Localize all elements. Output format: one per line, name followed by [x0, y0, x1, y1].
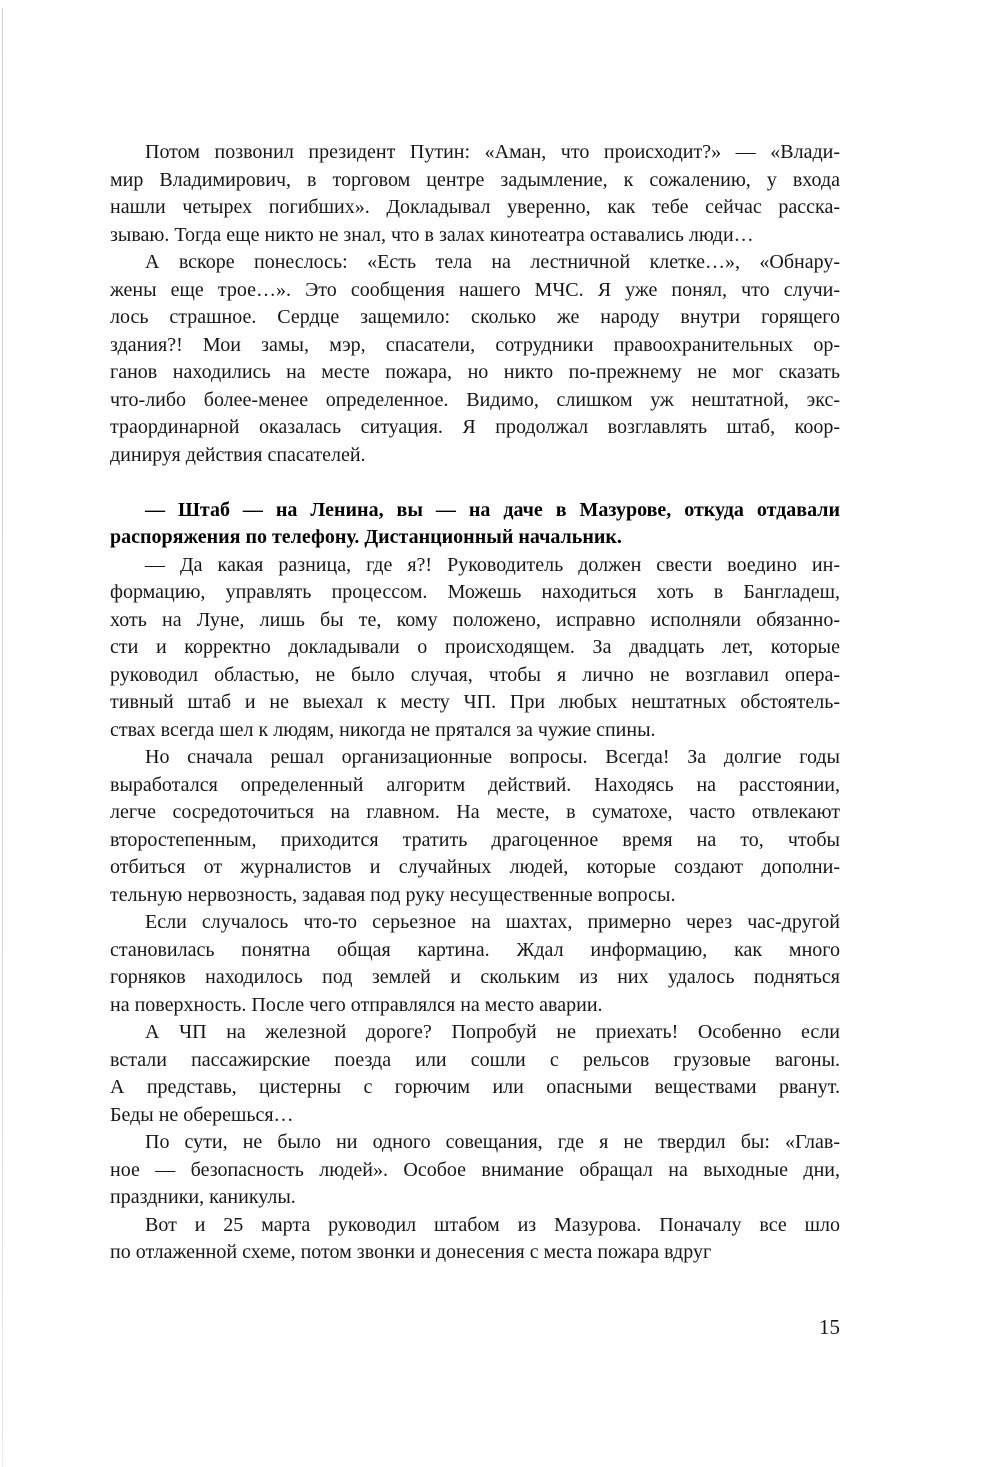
text-line: жены еще трое…». Это сообщения нашего МЧ… [110, 277, 840, 305]
text-line: тельную нервозность, задавая под руку не… [110, 882, 840, 910]
text-line: становилась понятна общая картина. Ждал … [110, 937, 840, 965]
text-line: распоряжения по телефону. Дистанционный … [110, 524, 840, 552]
text-line: тивный штаб и не выехал к месту ЧП. При … [110, 689, 840, 717]
text-line: ганов находились на месте пожара, но ник… [110, 359, 840, 387]
page-number: 15 [110, 1314, 840, 1341]
body-paragraph: Но сначала решал организационные вопросы… [110, 744, 840, 909]
text-line: встали пассажирские поезда или сошли с р… [110, 1047, 840, 1075]
text-line: по отлаженной схеме, потом звонки и доне… [110, 1239, 840, 1267]
text-line: второстепенным, приходится тратить драго… [110, 827, 840, 855]
body-paragraph: А ЧП на железной дороге? Попробуй не при… [110, 1019, 840, 1129]
text-line: праздники, каникулы. [110, 1184, 840, 1212]
text-line: Но сначала решал организационные вопросы… [110, 744, 840, 772]
text-line: здания?! Мои замы, мэр, спасатели, сотру… [110, 332, 840, 360]
text-line: — Штаб — на Ленина, вы — на даче в Мазур… [110, 497, 840, 525]
body-paragraph: Если случалось что-то серьезное на шахта… [110, 909, 840, 1019]
text-line: хоть на Луне, лишь бы те, кому положено,… [110, 607, 840, 635]
body-paragraph: По сути, не было ни одного совещания, гд… [110, 1129, 840, 1212]
text-line: отбиться от журналистов и случайных люде… [110, 854, 840, 882]
text-line: горняков находилось под землей и скольки… [110, 964, 840, 992]
page-edge-line [2, 8, 3, 1467]
text-line: динируя действия спасателей. [110, 442, 840, 470]
text-line: сти и корректно докладывали о происходящ… [110, 634, 840, 662]
text-line: мир Владимирович, в торговом центре зады… [110, 167, 840, 195]
text-line: А представь, цистерны с горючим или опас… [110, 1074, 840, 1102]
body-paragraph: — Да какая разница, где я?! Руководитель… [110, 552, 840, 745]
text-line: — Да какая разница, где я?! Руководитель… [110, 552, 840, 580]
text-line: зываю. Тогда еще никто не знал, что в за… [110, 222, 840, 250]
text-line: лось страшное. Сердце защемило: сколько … [110, 304, 840, 332]
text-line: легче сосредоточиться на главном. На мес… [110, 799, 840, 827]
book-page-screenshot: { "page": { "number": "15", "background_… [0, 0, 1000, 1467]
text-line: формацию, управлять процессом. Можешь на… [110, 579, 840, 607]
body-paragraph: Вот и 25 марта руководил штабом из Мазур… [110, 1212, 840, 1267]
text-line: что-либо более-менее определенное. Видим… [110, 387, 840, 415]
text-line: нашли четырех погибших». Докладывал увер… [110, 194, 840, 222]
text-line: руководил областью, не было случая, чтоб… [110, 662, 840, 690]
text-line: Беды не оберешься… [110, 1102, 840, 1130]
text-line: Вот и 25 марта руководил штабом из Мазур… [110, 1212, 840, 1240]
text-line: ное — безопасность людей». Особое вниман… [110, 1157, 840, 1185]
body-paragraph: Потом позвонил президент Путин: «Аман, ч… [110, 139, 840, 249]
text-line: траординарной оказалась ситуация. Я прод… [110, 414, 840, 442]
text-line: ствах всегда шел к людям, никогда не пря… [110, 717, 840, 745]
body-paragraph: А вскоре понеслось: «Есть тела на лестни… [110, 249, 840, 469]
text-line: Потом позвонил президент Путин: «Аман, ч… [110, 139, 840, 167]
text-line: По сути, не было ни одного совещания, гд… [110, 1129, 840, 1157]
text-line: Если случалось что-то серьезное на шахта… [110, 909, 840, 937]
text-line: А вскоре понеслось: «Есть тела на лестни… [110, 249, 840, 277]
page-text-block: Потом позвонил президент Путин: «Аман, ч… [110, 139, 840, 1267]
page: Потом позвонил президент Путин: «Аман, ч… [0, 0, 1000, 1467]
text-line: на поверхность. После чего отправлялся н… [110, 992, 840, 1020]
dialog-question-paragraph: — Штаб — на Ленина, вы — на даче в Мазур… [110, 497, 840, 552]
text-line: выработался определенный алгоритм действ… [110, 772, 840, 800]
text-line: А ЧП на железной дороге? Попробуй не при… [110, 1019, 840, 1047]
